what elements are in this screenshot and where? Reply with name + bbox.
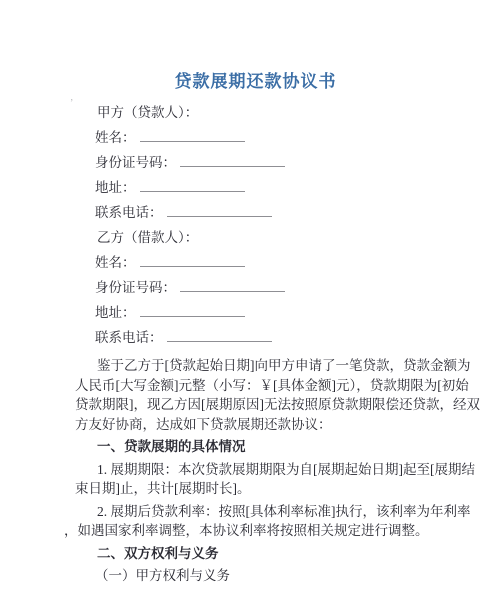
party-a-name-label: 姓名： [95,130,136,145]
agreement-document: 贷款展期还款协议书 ’ 甲方（贷款人）： 姓名： 身份证号码： 地址： 联系电话… [0,0,500,597]
party-a-name-blank [140,128,245,142]
party-a-heading: 甲方（贷款人）： [75,100,436,125]
party-b-address-label: 地址： [95,305,136,320]
preamble-line: 贷款期限]，现乙方因[展期原因]无法按照原贷款期限偿还贷款，经双 [75,395,436,415]
party-a-phone-label: 联系电话： [95,205,163,220]
party-a-id-blank [180,153,285,167]
party-a-phone-blank [167,203,272,217]
item1-line: 束日期]止，共计[展期时长]。 [75,479,436,499]
party-a-name-field: 姓名： [75,125,436,150]
section2-heading: 二、双方权利与义务 [75,544,436,564]
margin-artifact-mark: ’ [70,98,73,109]
party-b-address-blank [140,303,245,317]
party-a-phone-field: 联系电话： [75,200,436,225]
party-b-name-blank [140,253,245,267]
item1-line: 1. 展期期限：本次贷款展期期限为自[展期起始日期]起至[展期结 [75,460,436,480]
party-a-id-field: 身份证号码： [75,150,436,175]
preamble-line: 方友好协商，达成如下贷款展期还款协议： [75,415,436,435]
party-b-id-label: 身份证号码： [95,280,176,295]
item2-line: 2. 展期后贷款利率：按照[具体利率标准]执行，该利率为年利率 [75,502,436,522]
party-b-address-field: 地址： [75,300,436,325]
item2-line: ，如遇国家利率调整，本协议利率将按照相关规定进行调整。 [64,521,436,541]
party-b-name-label: 姓名： [95,255,136,270]
preamble-paragraph: 鉴于乙方于[贷款起始日期]向甲方申请了一笔贷款，贷款金额为 人民币[大写金额]元… [75,356,436,434]
party-b-phone-blank [167,328,272,342]
party-b-id-blank [180,278,285,292]
party-b-heading: 乙方（借款人）： [75,225,436,250]
party-b-id-field: 身份证号码： [75,275,436,300]
section1-heading: 一、贷款展期的具体情况 [75,437,436,457]
party-a-address-blank [140,178,245,192]
section1-item1: 1. 展期期限：本次贷款展期期限为自[展期起始日期]起至[展期结 束日期]止，共… [75,460,436,499]
section2-sub-heading: （一）甲方权利与义务 [75,566,436,586]
party-a-address-label: 地址： [95,180,136,195]
party-b-phone-field: 联系电话： [75,325,436,350]
preamble-line: 鉴于乙方于[贷款起始日期]向甲方申请了一笔贷款，贷款金额为 [75,356,436,376]
party-a-address-field: 地址： [75,175,436,200]
document-title: 贷款展期还款协议书 [75,70,436,94]
section1-item2: 2. 展期后贷款利率：按照[具体利率标准]执行，该利率为年利率 ，如遇国家利率调… [75,502,436,541]
preamble-line: 人民币[大写金额]元整（小写：￥[具体金额]元），贷款期限为[初始 [75,376,436,396]
party-b-phone-label: 联系电话： [95,330,163,345]
party-a-id-label: 身份证号码： [95,155,176,170]
party-b-name-field: 姓名： [75,250,436,275]
